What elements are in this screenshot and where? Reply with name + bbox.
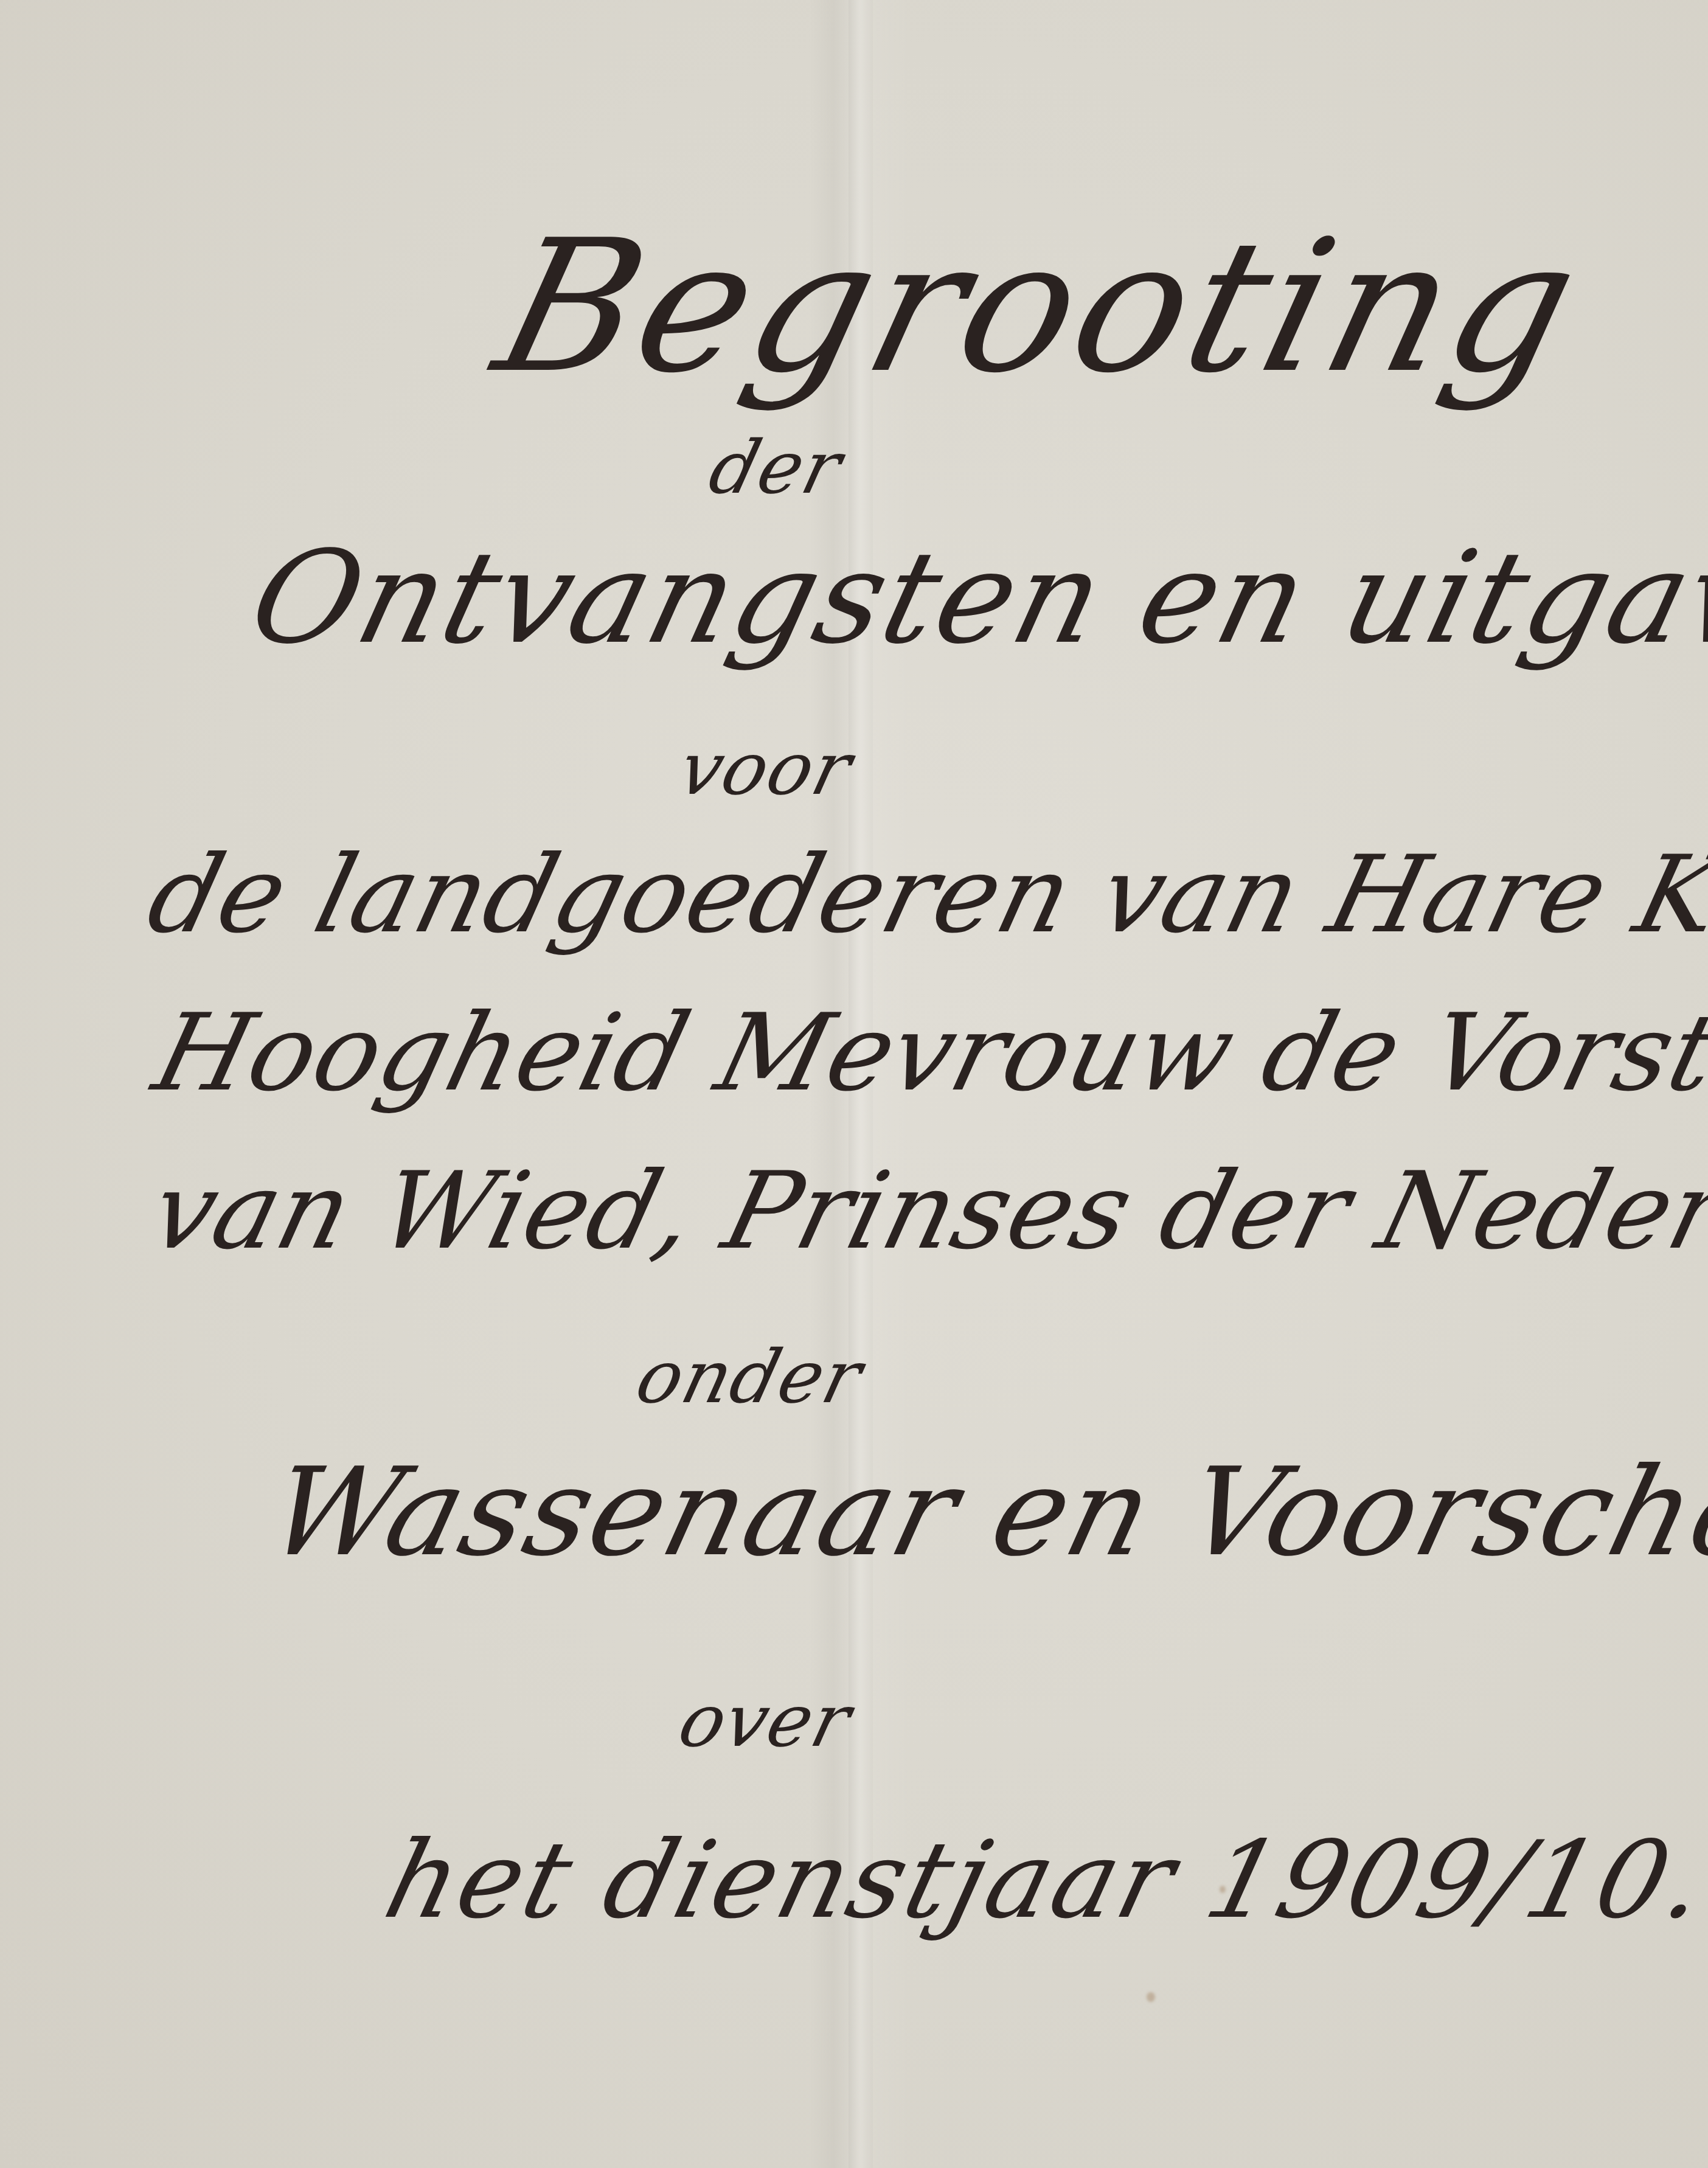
line-ontvangsten: Ontvangsten en uitgaven: [0, 523, 1708, 672]
line-voor-text: voor: [671, 727, 861, 811]
line-ontvangsten-text: Ontvangsten en uitgaven: [237, 523, 1708, 672]
line-wassenaar-text: Wassenaar en Voorschoten.: [256, 1442, 1708, 1583]
line-der-text: der: [701, 426, 851, 510]
line-wied-text: van Wied, Prinses der Nederlanden: [140, 1150, 1708, 1273]
title-text: Begrooting: [478, 201, 1599, 413]
line-dienstjaar-text: het dienstjaar 1909/10.: [374, 1819, 1708, 1942]
title-heading: Begrooting: [0, 201, 1708, 413]
document-page: Begrooting der Ontvangsten en uitgaven v…: [0, 0, 1708, 2168]
line-voor: voor: [0, 727, 1708, 811]
line-onder-text: onder: [628, 1335, 871, 1420]
line-dienstjaar: het dienstjaar 1909/10.: [0, 1819, 1708, 1942]
line-landgoederen-text: de landgoederen van Hare Koninklijke: [137, 833, 1708, 957]
line-over: over: [0, 1679, 1708, 1763]
line-der: der: [0, 426, 1708, 510]
line-hoogheid: Hoogheid Mevrouw de Vorstin Moeder: [0, 992, 1708, 1115]
paper-stain: [1147, 1992, 1155, 2002]
line-hoogheid-text: Hoogheid Mevrouw de Vorstin Moeder: [143, 992, 1708, 1115]
line-over-text: over: [671, 1679, 860, 1763]
line-onder: onder: [0, 1335, 1708, 1420]
line-wied: van Wied, Prinses der Nederlanden: [0, 1150, 1708, 1273]
line-wassenaar: Wassenaar en Voorschoten.: [0, 1442, 1708, 1583]
line-landgoederen: de landgoederen van Hare Koninklijke: [0, 833, 1708, 957]
